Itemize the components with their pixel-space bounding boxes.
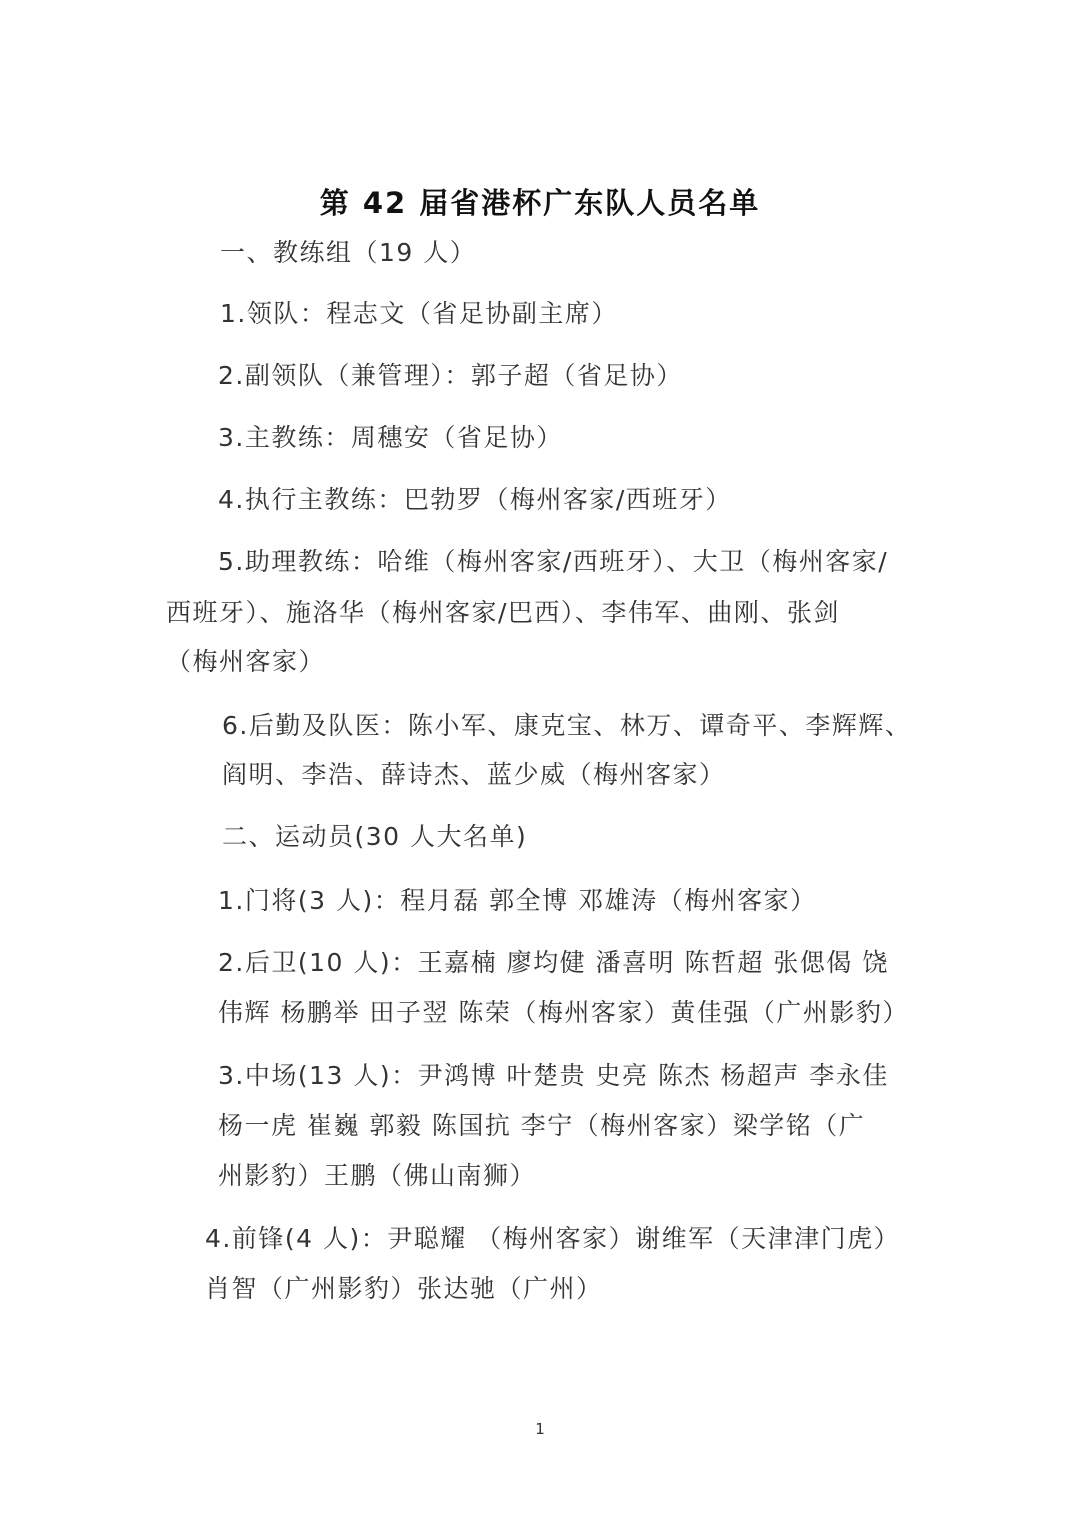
list-item-head-coach: 3.主教练：周穗安（省足协） [218, 421, 563, 455]
document-title: 第 42 届省港杯广东队人员名单 [0, 183, 1080, 223]
text-line: 肖智（广州影豹）张达驰（广州） [205, 1272, 603, 1306]
text-line: 2.后卫(10 人)：王嘉楠 廖均健 潘喜明 陈哲超 张偲偈 饶 [218, 946, 889, 980]
list-item-team-leader: 1.领队：程志文（省足协副主席） [220, 297, 618, 331]
text-line: 西班牙）、施洛华（梅州客家/巴西）、李伟军、曲刚、张剑 [166, 596, 840, 630]
text-line: 5.助理教练：哈维（梅州客家/西班牙）、大卫（梅州客家/ [218, 545, 888, 579]
section-heading-players: 二、运动员(30 人大名单) [222, 820, 527, 854]
list-item-deputy-leader: 2.副领队（兼管理）：郭子超（省足协） [218, 359, 683, 393]
text-line: 伟辉 杨鹏举 田子翌 陈荣（梅州客家）黄佳强（广州影豹） [218, 996, 909, 1030]
list-item-goalkeepers: 1.门将(3 人)：程月磊 郭全博 邓雄涛（梅州客家） [218, 884, 817, 918]
text-line: 阎明、李浩、薛诗杰、蓝少威（梅州客家） [222, 758, 726, 792]
text-line: 州影豹）王鹏（佛山南狮） [218, 1159, 536, 1193]
page-number: 1 [0, 1420, 1080, 1438]
text-line: 杨一虎 崔巍 郭毅 陈国抗 李宁（梅州客家）梁学铭（广 [218, 1109, 865, 1143]
list-item-executive-head-coach: 4.执行主教练：巴勃罗（梅州客家/西班牙） [218, 483, 732, 517]
text-line: 4.前锋(4 人)：尹聪耀 （梅州客家）谢维军（天津津门虎） [205, 1222, 900, 1256]
text-line: （梅州客家） [166, 645, 325, 679]
text-line: 3.中场(13 人)：尹鸿博 叶楚贵 史亮 陈杰 杨超声 李永佳 [218, 1059, 889, 1093]
section-heading-coaching-staff: 一、教练组（19 人） [220, 236, 476, 270]
text-line: 6.后勤及队医：陈小军、康克宝、林万、谭奇平、李辉辉、 [222, 709, 911, 743]
